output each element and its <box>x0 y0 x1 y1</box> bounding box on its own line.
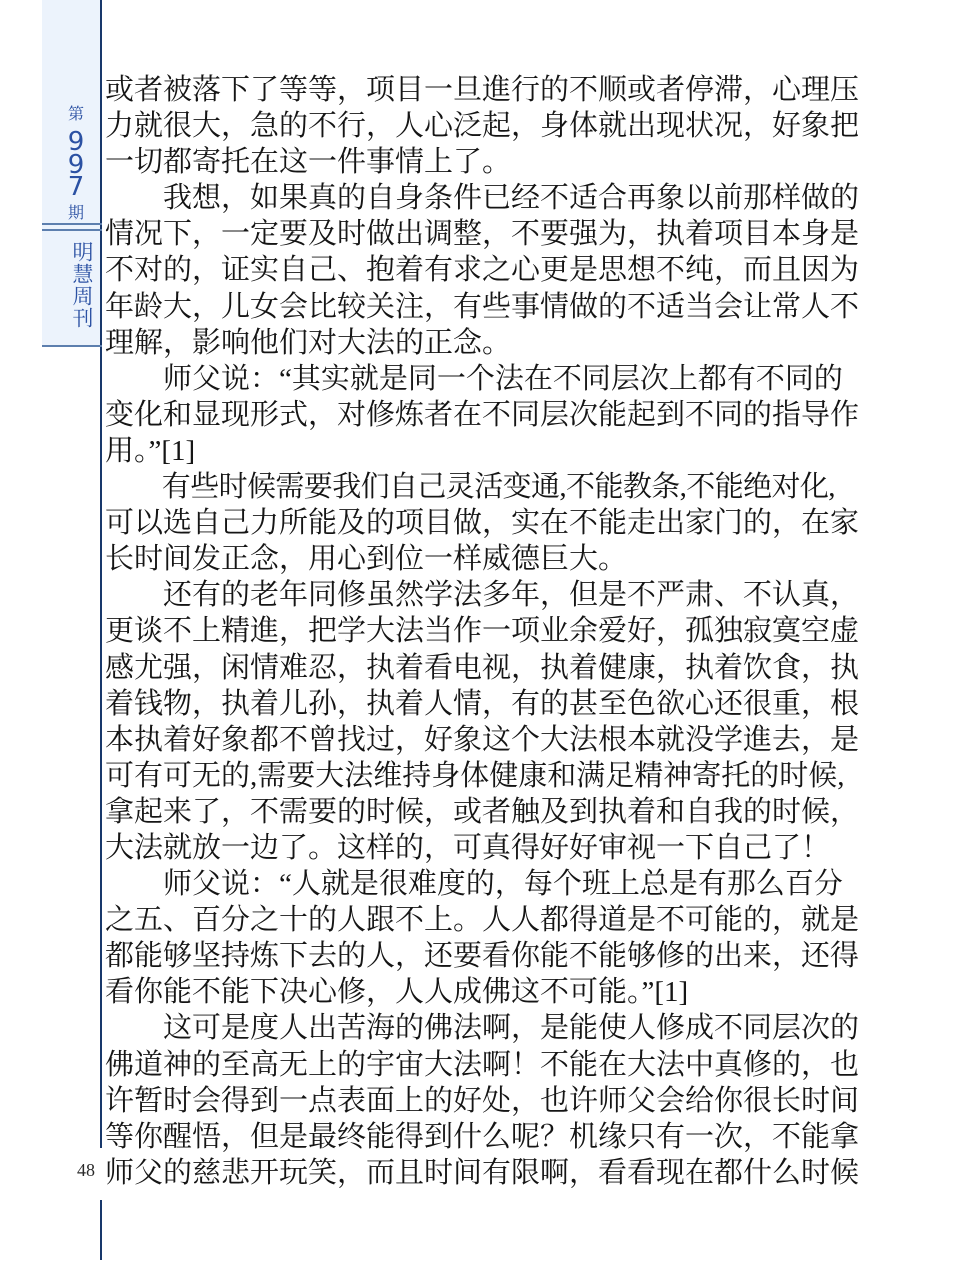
text-line: 师父的慈悲开玩笑，而且时间有限啊，看看现在都什么时候 <box>105 1155 865 1191</box>
issue-suffix-label: 期 <box>52 205 100 223</box>
text-line: 或者被落下了等等，项目一旦進行的不顺或者停滞，心理压 <box>105 72 865 108</box>
article-body: 或者被落下了等等，项目一旦進行的不顺或者停滞，心理压力就很大，急的不行，人心泛起… <box>105 72 865 1191</box>
text-line: 这可是度人出苦海的佛法啊，是能使人修成不同层次的 <box>105 1010 865 1046</box>
text-line: 拿起来了，不需要的时候，或者触及到执着和自我的时候， <box>105 794 865 830</box>
text-line: 年龄大，儿女会比较关注，有些事情做的不适当会让常人不 <box>105 289 865 325</box>
issue-number-block: 第 9 9 7 期 <box>42 106 100 223</box>
text-line: 师父说：“人就是很难度的，每个班上总是有那么百分 <box>105 866 865 902</box>
text-line: 着钱物，执着儿孙，执着人情，有的甚至色欲心还很重，根 <box>105 686 865 722</box>
text-line: 理解，影响他们对大法的正念。 <box>105 325 865 361</box>
text-line: 佛道神的至高无上的宇宙大法啊！不能在大法中真修的，也 <box>105 1047 865 1083</box>
text-line: 之五、百分之十的人跟不上。人人都得道是不可能的，就是 <box>105 902 865 938</box>
text-line: 本执着好象都不曾找过，好象这个大法根本就没学進去，是 <box>105 722 865 758</box>
sidebar-bottom-rule <box>42 345 102 347</box>
vertical-rule-bottom <box>100 1200 102 1260</box>
text-line: 可以选自己力所能及的项目做，实在不能走出家门的，在家 <box>105 505 865 541</box>
text-line: 等你醒悟，但是最终能得到什么呢？机缘只有一次，不能拿 <box>105 1119 865 1155</box>
text-line: 感尤强，闲情难忍，执着看电视，执着健康，执着饮食，执 <box>105 650 865 686</box>
separator-double-rule <box>42 223 102 231</box>
text-line: 不对的，证实自己、抱着有求之心更是思想不纯，而且因为 <box>105 252 865 288</box>
text-line: 师父说：“其实就是同一个法在不同层次上都有不同的 <box>105 361 865 397</box>
issue-digits: 9 9 7 <box>52 131 100 199</box>
text-line: 大法就放一边了。这样的，可真得好好审视一下自己了！ <box>105 830 865 866</box>
vertical-rule-top <box>100 0 102 1148</box>
text-line: 用。”[1] <box>105 433 865 469</box>
text-line: 力就很大，急的不行，人心泛起，身体就出现状况，好象把 <box>105 108 865 144</box>
text-line: 长时间发正念，用心到位一样威德巨大。 <box>105 541 865 577</box>
text-line: 情况下，一定要及时做出调整，不要强为，执着项目本身是 <box>105 216 865 252</box>
text-line: 有些时候需要我们自己灵活变通,不能教条,不能绝对化, <box>105 469 865 505</box>
text-line: 更谈不上精進，把学大法当作一项业余爱好，孤独寂寞空虚 <box>105 613 865 649</box>
text-line: 还有的老年同修虽然学法多年，但是不严肃、不认真， <box>105 577 865 613</box>
page-number: 48 <box>74 1160 98 1180</box>
text-line: 我想，如果真的自身条件已经不适合再象以前那样做的 <box>105 180 865 216</box>
text-line: 变化和显现形式，对修炼者在不同层次能起到不同的指导作 <box>105 397 865 433</box>
issue-digit: 7 <box>52 176 100 199</box>
text-line: 一切都寄托在这一件事情上了。 <box>105 144 865 180</box>
issue-prefix-label: 第 <box>52 106 100 124</box>
text-line: 看你能不能下决心修，人人成佛这不可能。”[1] <box>105 974 865 1010</box>
journal-page: 第 9 9 7 期 明慧周刊 48 或者被落下了等等，项目一旦進行的不顺或者停滞… <box>0 0 978 1265</box>
text-line: 许暂时会得到一点表面上的好处，也许师父会给你很长时间 <box>105 1083 865 1119</box>
text-line: 都能够坚持炼下去的人，还要看你能不能够修的出来，还得 <box>105 938 865 974</box>
text-line: 可有可无的,需要大法维持身体健康和满足精神寄托的时候, <box>105 758 865 794</box>
publication-masthead: 明慧周刊 <box>71 241 93 329</box>
